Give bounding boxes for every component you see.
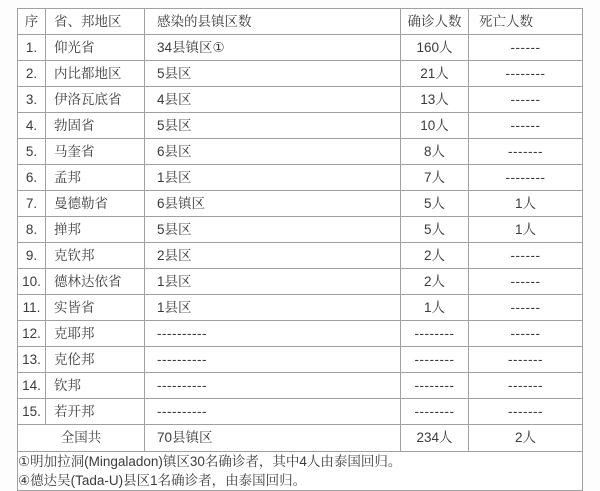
- confirmed-cell: 13人: [401, 87, 469, 113]
- no-cell: 12.: [18, 321, 46, 347]
- townships-cell: 1县区: [145, 269, 401, 295]
- confirmed-cell: 2人: [401, 269, 469, 295]
- townships-cell: ----------: [145, 399, 401, 425]
- header-region: 省、邦地区: [46, 9, 145, 35]
- townships-cell: 5县区: [145, 217, 401, 243]
- no-cell: 2.: [18, 61, 46, 87]
- no-cell: 8.: [18, 217, 46, 243]
- table-row: 14.钦邦-------------------------: [18, 373, 583, 399]
- no-cell: 6.: [18, 165, 46, 191]
- total-confirmed-cell: 234人: [401, 425, 469, 452]
- total-deaths-cell: 2人: [469, 425, 583, 452]
- table-row: 1.仰光省34县镇区①160人------: [18, 35, 583, 61]
- confirmed-cell: 10人: [401, 113, 469, 139]
- table-body: 1.仰光省34县镇区①160人------2.内比都地区5县区21人------…: [18, 35, 583, 425]
- no-cell: 14.: [18, 373, 46, 399]
- header-row: 序 省、邦地区 感染的县镇区数 确诊人数 死亡人数: [18, 9, 583, 35]
- region-cell: 内比都地区: [46, 61, 145, 87]
- confirmed-cell: 1人: [401, 295, 469, 321]
- deaths-cell: ------: [469, 113, 583, 139]
- total-label-cell: 全国共: [18, 425, 145, 452]
- table-row: 7.曼德勒省6县镇区5人1人: [18, 191, 583, 217]
- table-row: 10.德林达依省1县区2人------: [18, 269, 583, 295]
- region-cell: 伊洛瓦底省: [46, 87, 145, 113]
- deaths-cell: ------: [469, 87, 583, 113]
- region-cell: 仰光省: [46, 35, 145, 61]
- region-cell: 马奎省: [46, 139, 145, 165]
- townships-cell: 1县区: [145, 295, 401, 321]
- table-row: 9.克钦邦2县区2人------: [18, 243, 583, 269]
- deaths-cell: ------: [469, 321, 583, 347]
- townships-cell: 6县镇区: [145, 191, 401, 217]
- deaths-cell: ------: [469, 269, 583, 295]
- townships-cell: 6县区: [145, 139, 401, 165]
- table-row: 8.掸邦5县区5人1人: [18, 217, 583, 243]
- region-cell: 掸邦: [46, 217, 145, 243]
- no-cell: 4.: [18, 113, 46, 139]
- confirmed-cell: 2人: [401, 243, 469, 269]
- no-cell: 9.: [18, 243, 46, 269]
- no-cell: 3.: [18, 87, 46, 113]
- townships-cell: ----------: [145, 321, 401, 347]
- regions-table: 序 省、邦地区 感染的县镇区数 确诊人数 死亡人数 1.仰光省34县镇区①160…: [17, 8, 583, 491]
- confirmed-cell: 21人: [401, 61, 469, 87]
- region-cell: 实皆省: [46, 295, 145, 321]
- townships-cell: 2县区: [145, 243, 401, 269]
- deaths-cell: -------: [469, 373, 583, 399]
- deaths-cell: -------: [469, 139, 583, 165]
- deaths-cell: ------: [469, 243, 583, 269]
- total-townships-cell: 70县镇区: [145, 425, 401, 452]
- region-cell: 勃固省: [46, 113, 145, 139]
- deaths-cell: 1人: [469, 217, 583, 243]
- header-no: 序: [18, 9, 46, 35]
- townships-cell: ----------: [145, 373, 401, 399]
- region-cell: 孟邦: [46, 165, 145, 191]
- table-row: 13.克伦邦-------------------------: [18, 347, 583, 373]
- deaths-cell: ------: [469, 35, 583, 61]
- confirmed-cell: --------: [401, 373, 469, 399]
- confirmed-cell: 160人: [401, 35, 469, 61]
- confirmed-cell: 8人: [401, 139, 469, 165]
- no-cell: 11.: [18, 295, 46, 321]
- header-townships: 感染的县镇区数: [145, 9, 401, 35]
- no-cell: 5.: [18, 139, 46, 165]
- total-row: 全国共 70县镇区 234人 2人: [18, 425, 583, 452]
- footnotes-cell: ①明加拉洞(Mingaladon)镇区30名确诊者，其中4人由泰国回归。 ④德达…: [18, 452, 583, 491]
- table-row: 3.伊洛瓦底省4县区13人------: [18, 87, 583, 113]
- deaths-cell: -------: [469, 399, 583, 425]
- region-cell: 克钦邦: [46, 243, 145, 269]
- footnotes-row: ①明加拉洞(Mingaladon)镇区30名确诊者，其中4人由泰国回归。 ④德达…: [18, 452, 583, 491]
- table-row: 2.内比都地区5县区21人--------: [18, 61, 583, 87]
- table-row: 5.马奎省6县区8人-------: [18, 139, 583, 165]
- confirmed-cell: 5人: [401, 191, 469, 217]
- townships-cell: 5县区: [145, 113, 401, 139]
- no-cell: 7.: [18, 191, 46, 217]
- townships-cell: ----------: [145, 347, 401, 373]
- confirmed-cell: --------: [401, 321, 469, 347]
- townships-cell: 5县区: [145, 61, 401, 87]
- deaths-cell: -------: [469, 347, 583, 373]
- table-row: 12.克耶邦------------------------: [18, 321, 583, 347]
- no-cell: 10.: [18, 269, 46, 295]
- townships-cell: 1县区: [145, 165, 401, 191]
- deaths-cell: --------: [469, 61, 583, 87]
- confirmed-cell: 5人: [401, 217, 469, 243]
- deaths-cell: --------: [469, 165, 583, 191]
- page: 序 省、邦地区 感染的县镇区数 确诊人数 死亡人数 1.仰光省34县镇区①160…: [0, 0, 600, 490]
- no-cell: 15.: [18, 399, 46, 425]
- header-deaths: 死亡人数: [469, 9, 583, 35]
- region-cell: 德林达依省: [46, 269, 145, 295]
- region-cell: 克耶邦: [46, 321, 145, 347]
- region-cell: 曼德勒省: [46, 191, 145, 217]
- region-cell: 钦邦: [46, 373, 145, 399]
- region-cell: 若开邦: [46, 399, 145, 425]
- confirmed-cell: 7人: [401, 165, 469, 191]
- deaths-cell: ------: [469, 295, 583, 321]
- no-cell: 13.: [18, 347, 46, 373]
- confirmed-cell: --------: [401, 399, 469, 425]
- footnote-line: ①明加拉洞(Mingaladon)镇区30名确诊者，其中4人由泰国回归。: [18, 452, 582, 471]
- footnote-line: ④德达吴(Tada-U)县区1名确诊者，由泰国回归。: [18, 471, 582, 490]
- table-footer: 全国共 70县镇区 234人 2人 ①明加拉洞(Mingaladon)镇区30名…: [18, 425, 583, 491]
- confirmed-cell: --------: [401, 347, 469, 373]
- no-cell: 1.: [18, 35, 46, 61]
- table-row: 15.若开邦-------------------------: [18, 399, 583, 425]
- table-row: 11.实皆省1县区1人------: [18, 295, 583, 321]
- table-row: 4.勃固省5县区10人------: [18, 113, 583, 139]
- townships-cell: 4县区: [145, 87, 401, 113]
- region-cell: 克伦邦: [46, 347, 145, 373]
- deaths-cell: 1人: [469, 191, 583, 217]
- header-confirmed: 确诊人数: [401, 9, 469, 35]
- table-row: 6.孟邦1县区7人--------: [18, 165, 583, 191]
- table-header: 序 省、邦地区 感染的县镇区数 确诊人数 死亡人数: [18, 9, 583, 35]
- townships-cell: 34县镇区①: [145, 35, 401, 61]
